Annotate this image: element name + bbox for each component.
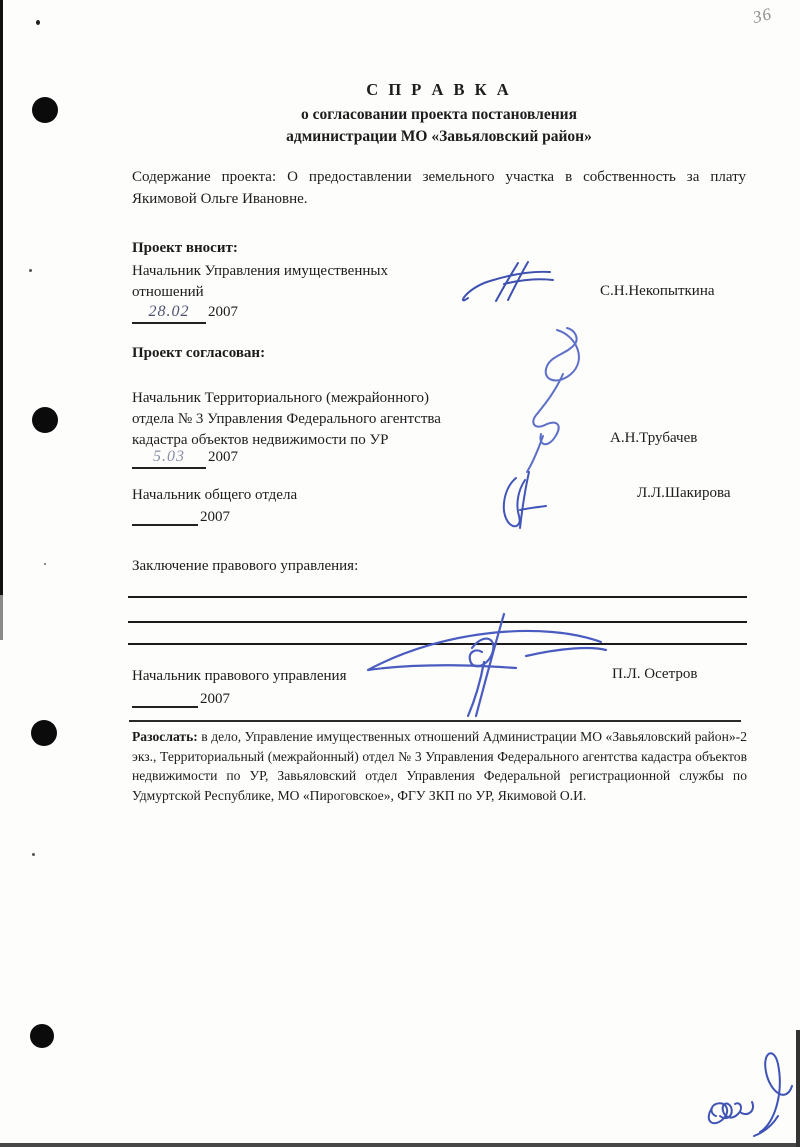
date-blank <box>132 506 198 526</box>
signer-name-shakirova: Л.Л.Шакирова <box>637 485 731 502</box>
cadastre-date-year: 2007 <box>208 449 238 465</box>
doc-title-line-3: администрации МО «Завьяловский район» <box>132 126 746 148</box>
punch-hole <box>30 1024 54 1048</box>
scanned-document-page: 36 С П Р А В К А о согласовании проекта … <box>0 0 800 1147</box>
distribution-text: в дело, Управление имущественных отношен… <box>132 729 747 803</box>
punch-hole <box>32 97 58 123</box>
corner-signature <box>698 1046 800 1144</box>
signer-name-nekopytkina: С.Н.Некопыткина <box>600 283 715 300</box>
agreed-heading: Проект согласован: <box>132 345 265 362</box>
legal-date: 2007 <box>132 688 230 713</box>
cadastre-date-handwritten: 5.03 <box>132 448 206 469</box>
general-dept-date: 2007 <box>132 506 230 531</box>
scan-speck <box>29 269 32 272</box>
signer-name-trubachev: А.Н.Трубачев <box>610 430 697 447</box>
ruled-line <box>128 596 747 598</box>
cadastre-role-line-2: отдела № 3 Управления Федерального агент… <box>132 409 492 430</box>
submit-date: 28.022007 <box>132 303 238 328</box>
cadastre-role: Начальник Территориального (межрайонного… <box>132 388 492 451</box>
submit-date-handwritten: 28.02 <box>132 303 206 324</box>
signature-nekopytkina <box>460 260 556 312</box>
legal-role: Начальник правового управления <box>132 666 346 687</box>
date-blank <box>132 688 198 708</box>
doc-title-line-2: о согласовании проекта постановления <box>132 104 746 126</box>
general-dept-role: Начальник общего отдела <box>132 485 297 506</box>
legal-conclusion-heading: Заключение правового управления: <box>132 558 358 575</box>
submit-role-line-2: отношений <box>132 282 472 303</box>
scan-speck <box>36 20 40 25</box>
document-title: С П Р А В К А о согласовании проекта пос… <box>132 80 746 148</box>
scan-speck <box>32 853 35 856</box>
scan-speck <box>44 563 46 565</box>
submit-role: Начальник Управления имущественных отнош… <box>132 261 472 303</box>
signature-trubachev <box>505 322 601 480</box>
doc-title-line-1: С П Р А В К А <box>132 80 746 100</box>
cadastre-date: 5.032007 <box>132 448 238 473</box>
scan-edge-left-fade <box>0 595 3 640</box>
submit-date-year: 2007 <box>208 304 238 320</box>
general-dept-date-year: 2007 <box>200 509 230 525</box>
submit-heading: Проект вносит: <box>132 240 238 257</box>
signer-name-osetrov: П.Л. Осетров <box>612 666 697 683</box>
cadastre-role-line-1: Начальник Территориального (межрайонного… <box>132 388 492 409</box>
scan-edge-bottom <box>0 1143 800 1147</box>
distribution-note: Разослать: в дело, Управление имуществен… <box>132 727 747 805</box>
submit-role-line-1: Начальник Управления имущественных <box>132 261 472 282</box>
page-number-handwritten: 36 <box>751 4 774 28</box>
legal-date-year: 2007 <box>200 691 230 707</box>
distribution-label: Разослать: <box>132 729 198 744</box>
punch-hole <box>32 407 58 433</box>
signature-osetrov <box>356 610 610 722</box>
punch-hole <box>31 720 57 746</box>
scan-edge-left <box>0 0 3 595</box>
signature-shakirova <box>492 466 552 538</box>
project-summary: Содержание проекта: О предоставлении зем… <box>132 167 746 210</box>
distribution-separator <box>129 720 741 722</box>
